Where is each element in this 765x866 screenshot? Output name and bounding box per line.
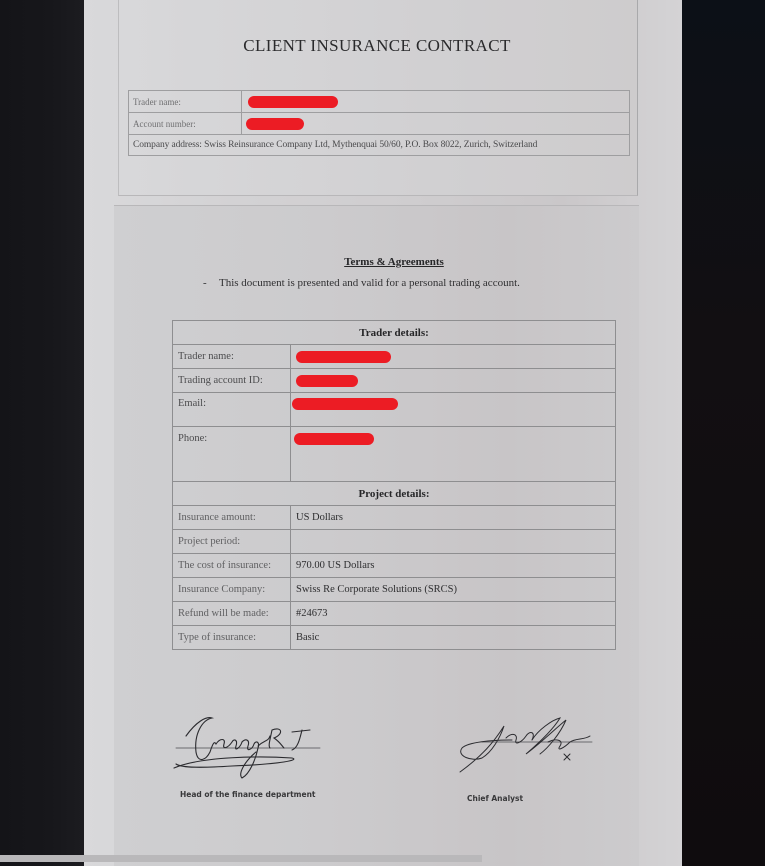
table-row: Phone:: [173, 427, 616, 482]
insurance-amount-value: US Dollars: [291, 506, 616, 530]
background-right: [680, 0, 765, 866]
insurance-company-value: Swiss Re Corporate Solutions (SRCS): [291, 578, 616, 602]
terms-title: Terms & Agreements: [114, 256, 674, 268]
insurance-company-label: Insurance Company:: [173, 578, 291, 602]
table-row: Type of insurance: Basic: [173, 626, 616, 650]
project-details-heading: Project details:: [173, 482, 616, 506]
document-title: CLIENT INSURANCE CONTRACT: [118, 36, 636, 56]
header-table: Trader name: Account number: Company add…: [128, 90, 630, 156]
table-row: Refund will be made: #24673: [173, 602, 616, 626]
scroll-progress-fill[interactable]: [0, 855, 482, 862]
table-row: The cost of insurance: 970.00 US Dollars: [173, 554, 616, 578]
table-row: Project period:: [173, 530, 616, 554]
section-row: Project details:: [173, 482, 616, 506]
trader-name-label: Trader name:: [173, 345, 291, 369]
redaction-mark: [296, 375, 358, 387]
insurance-cost-value: 970.00 US Dollars: [291, 554, 616, 578]
trader-name-label: Trader name:: [129, 91, 242, 113]
redaction-mark: [246, 118, 304, 130]
insurance-cost-label: The cost of insurance:: [173, 554, 291, 578]
table-row: Account number:: [129, 113, 630, 135]
phone-value: [291, 427, 616, 482]
table-row: Trader name:: [129, 91, 630, 113]
account-number-value: [242, 113, 630, 135]
refund-label: Refund will be made:: [173, 602, 291, 626]
insurance-amount-label: Insurance amount:: [173, 506, 291, 530]
email-label: Email:: [173, 393, 291, 427]
insurance-type-value: Basic: [291, 626, 616, 650]
bullet-dash: -: [203, 277, 219, 289]
details-table: Trader details: Trader name: Trading acc…: [172, 320, 616, 650]
table-row: Trading account ID:: [173, 369, 616, 393]
project-period-label: Project period:: [173, 530, 291, 554]
table-row: Company address: Swiss Reinsurance Compa…: [129, 135, 630, 156]
redaction-mark: [248, 96, 338, 108]
trader-details-heading: Trader details:: [173, 321, 616, 345]
signature-scribble-icon: [452, 712, 602, 782]
trader-name-value: [242, 91, 630, 113]
table-row: Trader name:: [173, 345, 616, 369]
table-row: Insurance Company: Swiss Re Corporate So…: [173, 578, 616, 602]
table-row: Insurance amount: US Dollars: [173, 506, 616, 530]
table-row: Email:: [173, 393, 616, 427]
trading-account-id-value: [291, 369, 616, 393]
section-row: Trader details:: [173, 321, 616, 345]
trader-name-value: [291, 345, 616, 369]
signature-role-finance: Head of the finance department: [180, 790, 316, 799]
scroll-progress-bar[interactable]: [0, 855, 765, 862]
signature-role-analyst: Chief Analyst: [467, 794, 523, 803]
redaction-mark: [292, 398, 398, 410]
trading-account-id-label: Trading account ID:: [173, 369, 291, 393]
company-address: Company address: Swiss Reinsurance Compa…: [129, 135, 630, 156]
account-number-label: Account number:: [129, 113, 242, 135]
terms-item: -This document is presented and valid fo…: [203, 277, 520, 289]
redaction-mark: [296, 351, 391, 363]
email-value: [291, 393, 616, 427]
redaction-mark: [294, 433, 374, 445]
phone-label: Phone:: [173, 427, 291, 482]
terms-item-text: This document is presented and valid for…: [219, 277, 520, 289]
insurance-type-label: Type of insurance:: [173, 626, 291, 650]
signature-george-icon: [172, 712, 322, 782]
background-left: [0, 0, 84, 866]
project-period-value: [291, 530, 616, 554]
refund-value: #24673: [291, 602, 616, 626]
